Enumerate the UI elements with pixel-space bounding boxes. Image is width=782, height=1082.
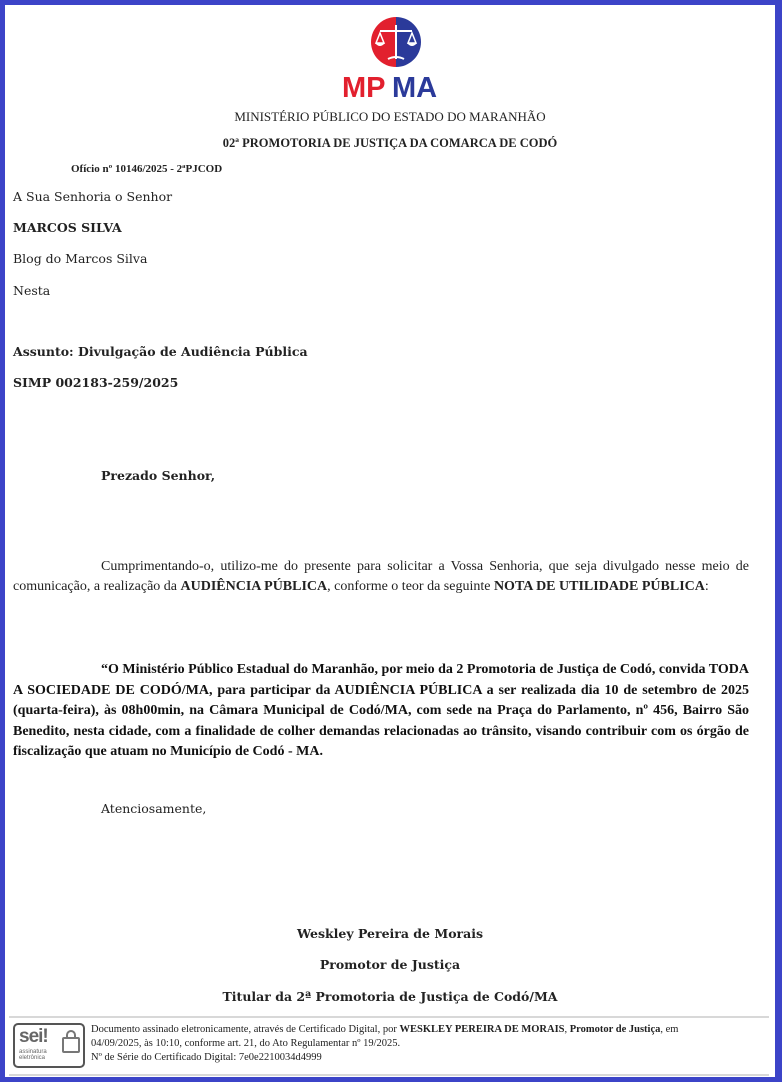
signer-name: Weskley Pereira de Morais — [5, 926, 775, 941]
lock-icon — [62, 1037, 80, 1053]
simp-number: SIMP 002183-259/2025 — [13, 375, 178, 390]
ministry-heading: MINISTÉRIO PÚBLICO DO ESTADO DO MARANHÃO — [5, 109, 775, 125]
sei-subtitle: assinaturaeletrônica — [19, 1049, 47, 1061]
footer-text: , em — [660, 1024, 678, 1035]
quote-text: “O Ministério Público Estadual do Maranh… — [13, 662, 749, 759]
footer-role: Promotor de Justiça — [570, 1024, 661, 1035]
electronic-signature-footer: sei! assinaturaeletrônica Documento assi… — [9, 1016, 769, 1076]
body-bold-audiencia: AUDIÊNCIA PÚBLICA — [181, 579, 328, 594]
oficio-number: Ofício nº 10146/2025 - 2ªPJCOD — [71, 163, 222, 175]
footer-signer: WESKLEY PEREIRA DE MORAIS — [399, 1024, 564, 1035]
greeting: Prezado Senhor, — [101, 468, 215, 483]
body-paragraph: Cumprimentando-o, utilizo-me do presente… — [13, 557, 749, 597]
closing: Atenciosamente, — [101, 801, 206, 816]
body-text: , conforme o teor da seguinte — [327, 579, 494, 594]
addressee-salutation: A Sua Senhoria o Senhor — [13, 189, 172, 204]
public-notice-quote: “O Ministério Público Estadual do Maranh… — [13, 660, 749, 763]
body-text: : — [705, 579, 709, 594]
footer-certificate: Nº de Série do Certificado Digital: 7e0e… — [91, 1052, 322, 1063]
subject-line: Assunto: Divulgação de Audiência Pública — [13, 344, 308, 359]
signer-role: Promotor de Justiça — [5, 957, 775, 972]
document-page: MP MA MINISTÉRIO PÚBLICO DO ESTADO DO MA… — [5, 5, 775, 1077]
scales-of-justice-icon: MP MA — [342, 15, 452, 101]
sei-sub2: eletrônica — [19, 1055, 45, 1061]
sei-seal: sei! assinaturaeletrônica — [13, 1023, 85, 1068]
addressee-organization: Blog do Marcos Silva — [13, 251, 147, 266]
mpma-logo: MP MA — [342, 15, 452, 101]
body-bold-nota: NOTA DE UTILIDADE PÚBLICA — [494, 579, 705, 594]
footer-date: 04/09/2025, às 10:10, conforme art. 21, … — [91, 1038, 400, 1049]
addressee-location: Nesta — [13, 283, 50, 298]
signer-title: Titular da 2ª Promotoria de Justiça de C… — [5, 989, 775, 1004]
signature-details: Documento assinado eletronicamente, atra… — [91, 1023, 678, 1065]
footer-text: Documento assinado eletronicamente, atra… — [91, 1024, 399, 1035]
promotoria-heading: 02ª PROMOTORIA DE JUSTIÇA DA COMARCA DE … — [5, 136, 775, 151]
svg-text:MA: MA — [392, 72, 437, 101]
addressee-name: MARCOS SILVA — [13, 220, 122, 235]
svg-text:MP: MP — [342, 72, 386, 101]
sei-logo-text: sei! — [19, 1026, 48, 1048]
